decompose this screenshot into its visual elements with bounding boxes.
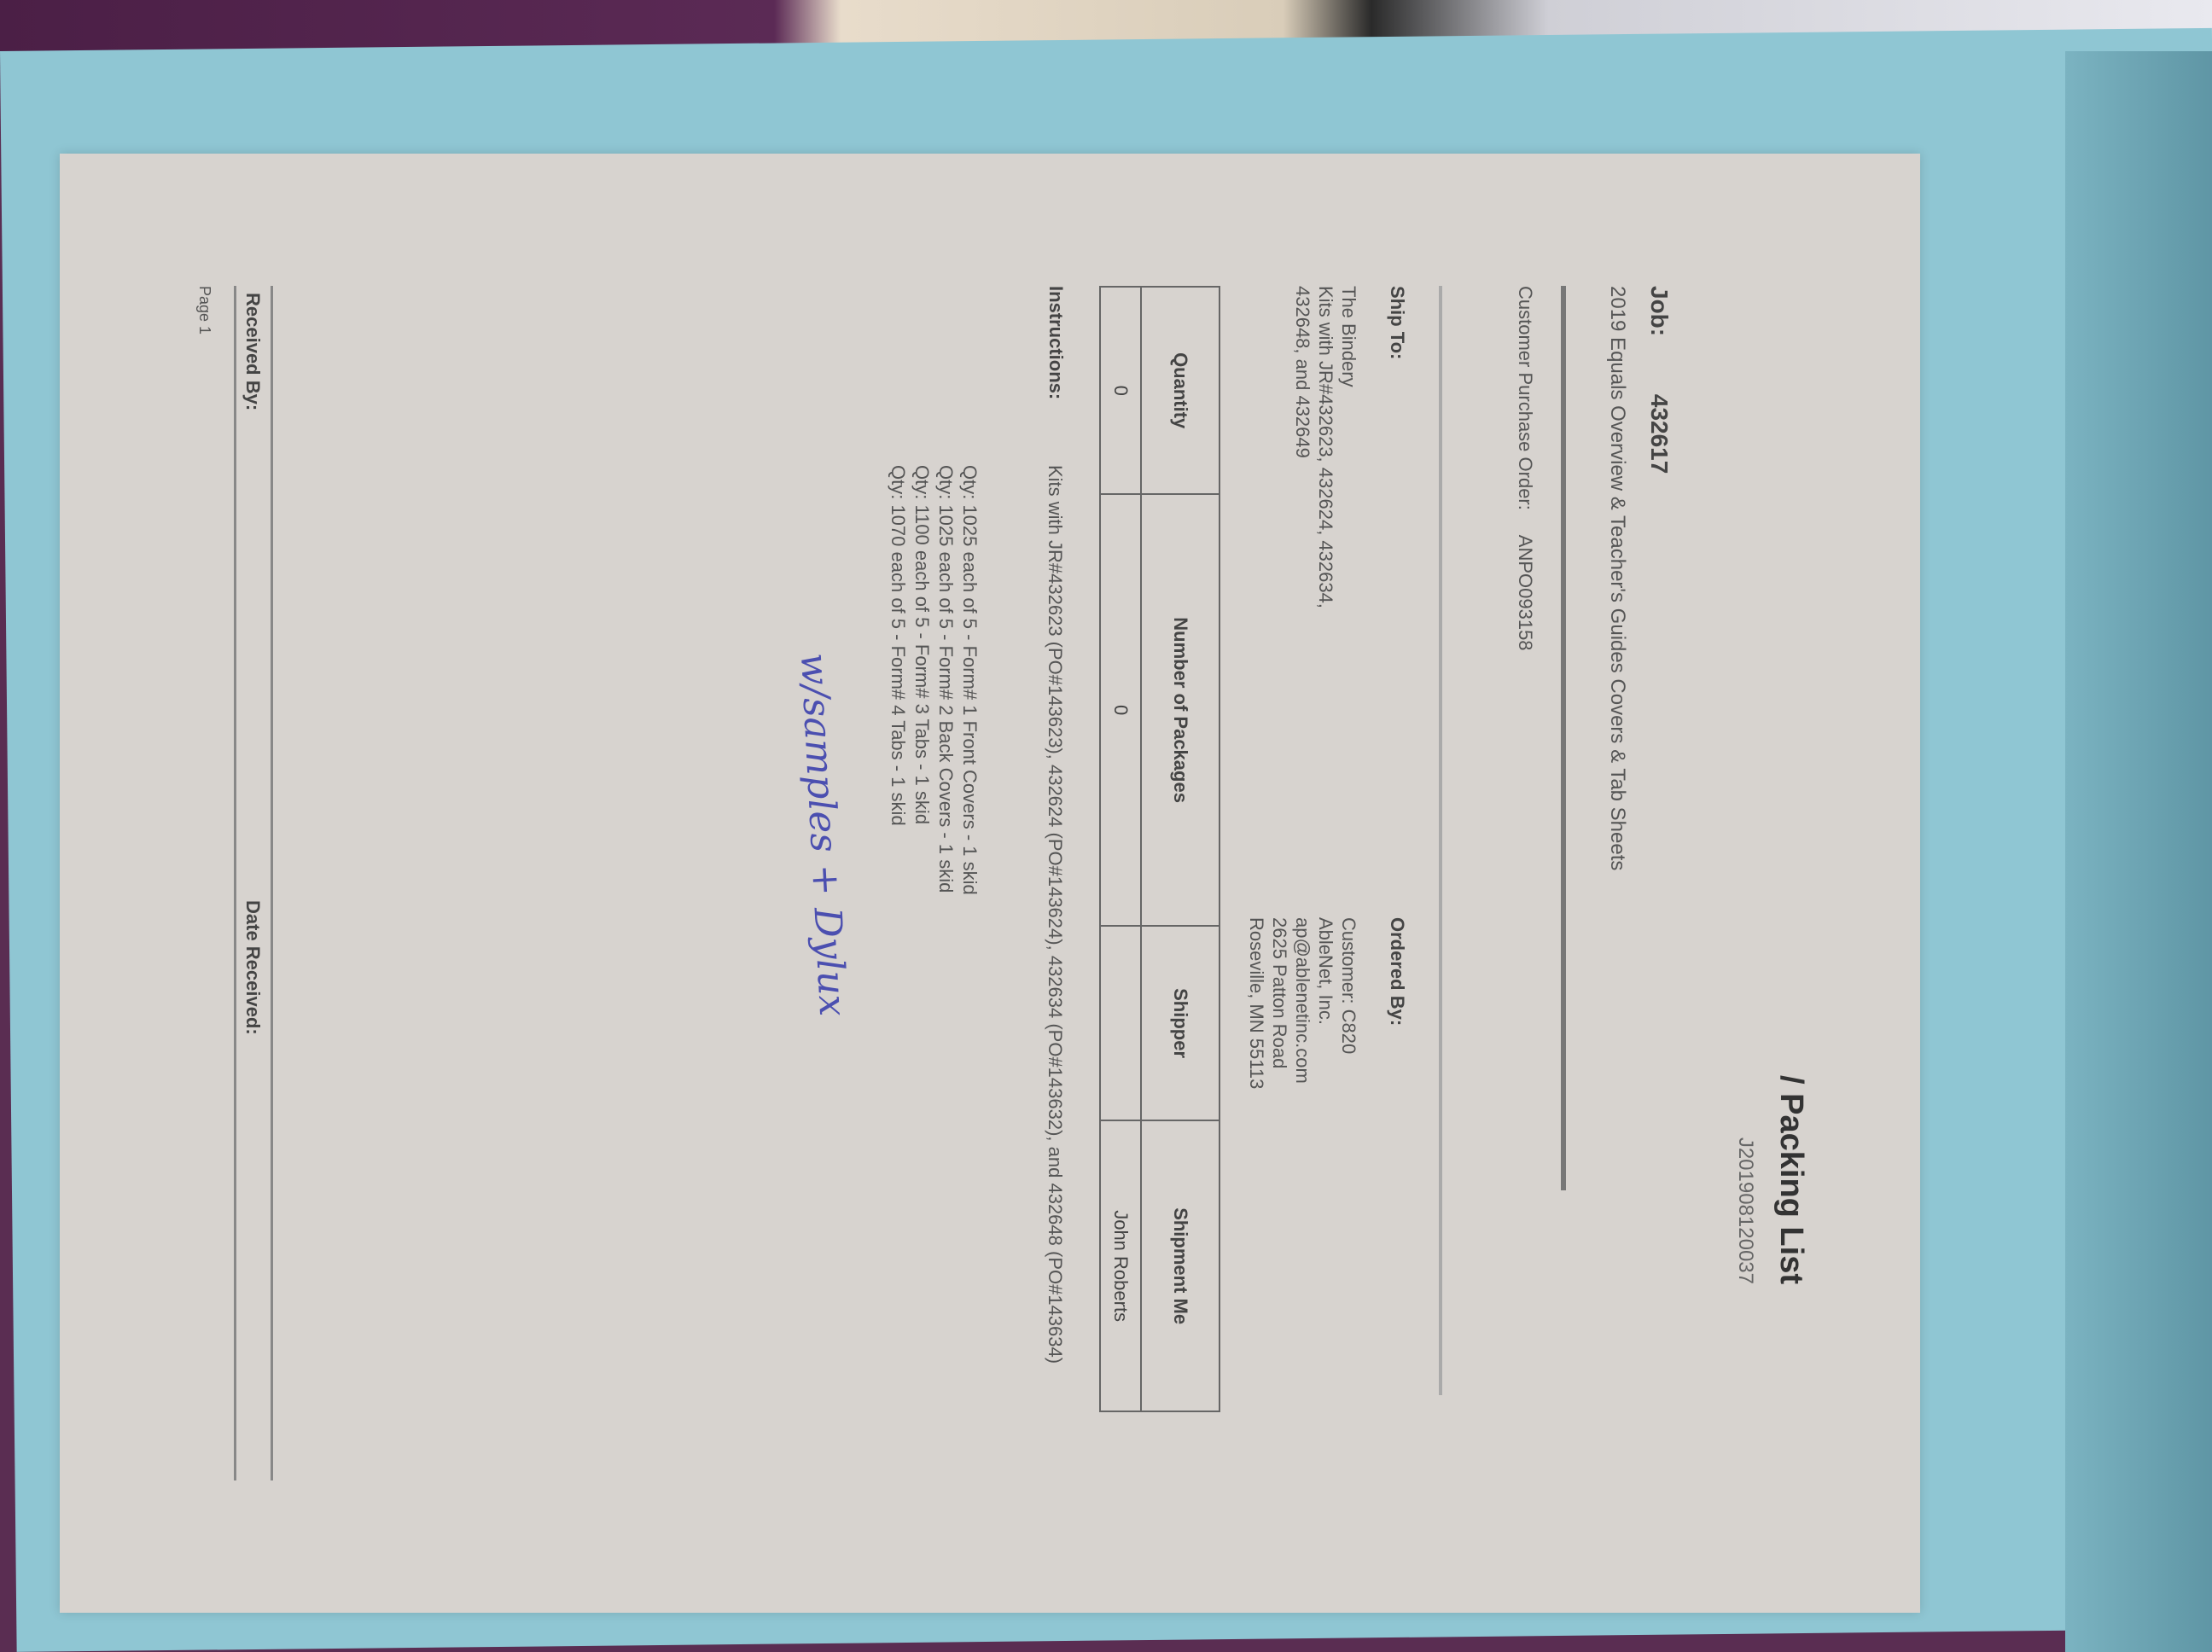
table-header-row: Quantity Number of Packages Shipper Ship… <box>1141 287 1220 1411</box>
ordered-by-label: Ordered By: <box>1386 917 1408 1429</box>
divider <box>1439 286 1442 1395</box>
header-shipment-method: Shipment Me <box>1141 1120 1220 1411</box>
ordered-by-line: ap@ablenetinc.com <box>1291 917 1314 1429</box>
quantity-line: Qty: 1100 each of 5 - Form# 3 Tabs - 1 s… <box>910 465 934 895</box>
document-title: / Packing List <box>1773 1075 1809 1284</box>
ordered-by-line: Roseville, MN 55113 <box>1245 917 1268 1429</box>
divider <box>1561 286 1566 1190</box>
ordered-by-line: Customer: C820 <box>1337 917 1360 1429</box>
handwritten-note: w/samples + Dylux <box>792 652 854 1017</box>
ordered-by-line: 2625 Patton Road <box>1268 917 1291 1429</box>
cell-quantity: 0 <box>1100 287 1141 494</box>
document-header: / Packing List J201908120037 <box>1733 1075 1809 1284</box>
ship-to-line: Kits with JR#432623, 432624, 432634, <box>1314 286 1337 883</box>
ordered-by-line: AbleNet, Inc. <box>1314 917 1337 1429</box>
job-description: 2019 Equals Overview & Teacher's Guides … <box>1604 286 1630 1054</box>
received-row: Received By: Date Received: <box>234 286 273 1480</box>
date-received-label: Date Received: <box>242 900 264 1035</box>
cell-shipment-method: John Roberts <box>1100 1120 1141 1411</box>
shipping-table: Quantity Number of Packages Shipper Ship… <box>1099 286 1220 1412</box>
customer-po-row: Customer Purchase Order: ANPO093158 <box>1514 286 1536 672</box>
ship-to-block: Ship To: The Bindery Kits with JR#432623… <box>1291 286 1408 883</box>
quantity-list: Qty: 1025 each of 5 - Form# 1 Front Cove… <box>886 465 981 895</box>
instructions-text: Kits with JR#432623 (PO#143623), 432624 … <box>1043 465 1067 1364</box>
quantity-line: Qty: 1025 each of 5 - Form# 2 Back Cover… <box>934 465 958 895</box>
customer-po-value: ANPO093158 <box>1515 535 1536 651</box>
quantity-line: Qty: 1025 each of 5 - Form# 1 Front Cove… <box>958 465 981 895</box>
page-number: Page 1 <box>195 286 213 334</box>
customer-po-label: Customer Purchase Order: <box>1515 286 1536 510</box>
job-label: Job: <box>1646 286 1673 336</box>
paper-sheet: / Packing List J201908120037 Job: 432617… <box>60 154 1920 1613</box>
header-shipper: Shipper <box>1141 926 1220 1120</box>
folder-edge <box>2065 51 2212 1652</box>
cell-shipper <box>1100 926 1141 1120</box>
ship-to-label: Ship To: <box>1386 286 1408 883</box>
header-quantity: Quantity <box>1141 287 1220 494</box>
ship-to-line: 432648, and 432649 <box>1291 286 1314 883</box>
ship-to-line: The Bindery <box>1337 286 1360 883</box>
job-number: 432617 <box>1646 394 1673 474</box>
header-number-of-packages: Number of Packages <box>1141 494 1220 925</box>
received-by-label: Received By: <box>242 293 264 410</box>
instructions-label: Instructions: <box>1045 286 1067 399</box>
packing-list-page: / Packing List J201908120037 Job: 432617… <box>68 158 1912 1608</box>
ordered-by-block: Ordered By: Customer: C820 AbleNet, Inc.… <box>1245 917 1408 1429</box>
document-number: J201908120037 <box>1733 1075 1757 1284</box>
table-row: 0 0 John Roberts <box>1100 287 1141 1411</box>
quantity-line: Qty: 1070 each of 5 - Form# 4 Tabs - 1 s… <box>886 465 910 895</box>
cell-packages: 0 <box>1100 494 1141 925</box>
job-row: Job: 432617 <box>1645 286 1673 525</box>
